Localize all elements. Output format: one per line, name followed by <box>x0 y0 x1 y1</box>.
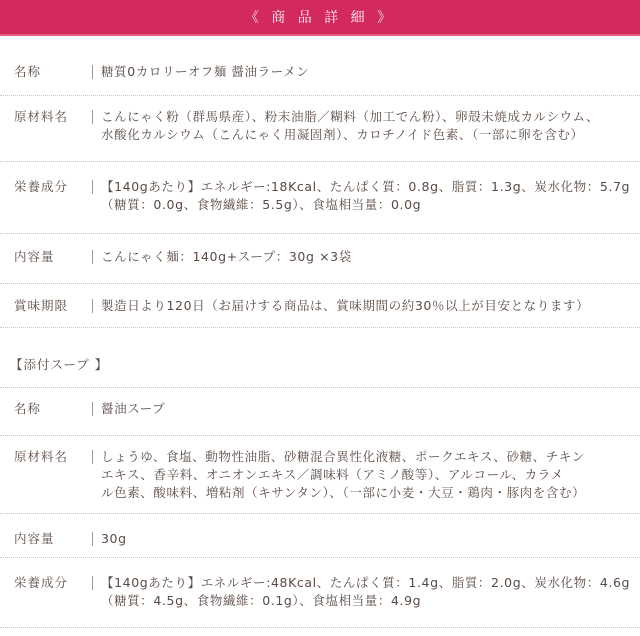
row-product-contents: 内容量 こんにゃく麺：140g+スープ：30g ×3袋 <box>0 234 640 284</box>
divider <box>92 402 93 416</box>
divider <box>92 299 93 313</box>
row-value: 【140gあたり】エネルギー:48Kcal、たんぱく質：1.4g、脂質：2.0g… <box>101 574 634 610</box>
divider <box>92 250 93 264</box>
product-details-table: 名称 糖質0カロリーオフ麺 醤油ラーメン 原材料名 こんにゃく粉（群馬県産）、粉… <box>0 36 640 628</box>
header-title: 《 商 品 詳 細 》 <box>245 7 395 27</box>
soup-section-title: 【添付スープ 】 <box>0 328 640 388</box>
row-label: 栄養成分 <box>14 178 92 196</box>
row-soup-nutrition: 栄養成分 【140gあたり】エネルギー:48Kcal、たんぱく質：1.4g、脂質… <box>0 558 640 628</box>
row-value: こんにゃく麺：140g+スープ：30g ×3袋 <box>101 248 634 266</box>
row-label: 名称 <box>14 63 92 81</box>
row-label: 原材料名 <box>14 108 92 126</box>
row-value: 醤油スープ <box>101 400 634 418</box>
divider <box>92 576 93 590</box>
row-product-name: 名称 糖質0カロリーオフ麺 醤油ラーメン <box>0 36 640 96</box>
row-product-ingredients: 原材料名 こんにゃく粉（群馬県産）、粉末油脂／糊料（加工でん粉）、卵殻未焼成カル… <box>0 96 640 162</box>
divider <box>92 110 93 124</box>
row-soup-name: 名称 醤油スープ <box>0 388 640 436</box>
row-value: こんにゃく粉（群馬県産）、粉末油脂／糊料（加工でん粉）、卵殻未焼成カルシウム、 … <box>101 108 634 144</box>
row-soup-contents: 内容量 30g <box>0 514 640 558</box>
row-value: 製造日より120日（お届けする商品は、賞味期間の約30％以上が目安となります） <box>101 297 634 315</box>
row-soup-ingredients: 原材料名 しょうゆ、食塩、動物性油脂、砂糖混合異性化液糖、ポークエキス、砂糖、チ… <box>0 436 640 514</box>
row-label: 原材料名 <box>14 448 92 466</box>
row-label: 名称 <box>14 400 92 418</box>
product-details-header: 《 商 品 詳 細 》 <box>0 0 640 36</box>
row-label: 栄養成分 <box>14 574 92 592</box>
row-product-expiry: 賞味期限 製造日より120日（お届けする商品は、賞味期間の約30％以上が目安とな… <box>0 284 640 328</box>
row-label: 賞味期限 <box>14 297 92 315</box>
divider <box>92 450 93 464</box>
divider <box>92 65 93 79</box>
row-product-nutrition: 栄養成分 【140gあたり】エネルギー:18Kcal、たんぱく質：0.8g、脂質… <box>0 162 640 234</box>
divider <box>92 180 93 194</box>
row-value: しょうゆ、食塩、動物性油脂、砂糖混合異性化液糖、ポークエキス、砂糖、チキン エキ… <box>101 448 634 502</box>
row-value: 30g <box>101 530 634 548</box>
row-label: 内容量 <box>14 248 92 266</box>
row-label: 内容量 <box>14 530 92 548</box>
divider <box>92 532 93 546</box>
row-value: 【140gあたり】エネルギー:18Kcal、たんぱく質：0.8g、脂質：1.3g… <box>101 178 634 214</box>
row-value: 糖質0カロリーオフ麺 醤油ラーメン <box>101 63 634 81</box>
